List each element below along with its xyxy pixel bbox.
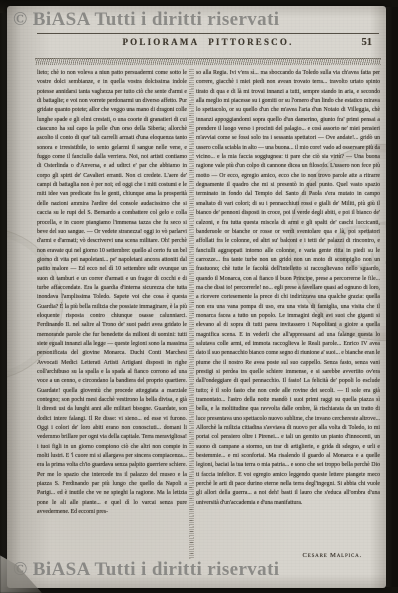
watermark-top: © BiASA Tutti i diritti riservati: [13, 9, 280, 31]
ornament-band: [35, 58, 381, 65]
page-header: POLIORAMA PITTORESCO. 51: [37, 37, 379, 52]
column-divider: [189, 69, 194, 559]
article-body: lieto; chè io non voleva a niun patto pe…: [7, 69, 386, 561]
right-column-text: so alla Regia. Ivi v'era sì... ma sbocca…: [196, 69, 380, 561]
page-paper: CH © BiASA Tutti i diritti riservati POL…: [7, 6, 386, 588]
left-column-text: lieto; chè io non voleva a niun patto pe…: [37, 69, 187, 561]
header-rule: [37, 33, 379, 34]
page-number: 51: [362, 37, 373, 48]
author-signature: Cesare Malpica.: [299, 552, 362, 559]
photo-edge-right: [385, 0, 398, 593]
watermark-bottom: © BiASA Tutti i diritti riservati: [13, 559, 280, 581]
scanned-page-photo: CH © BiASA Tutti i diritti riservati POL…: [0, 0, 398, 593]
page-title: POLIORAMA PITTORESCO.: [37, 37, 379, 47]
